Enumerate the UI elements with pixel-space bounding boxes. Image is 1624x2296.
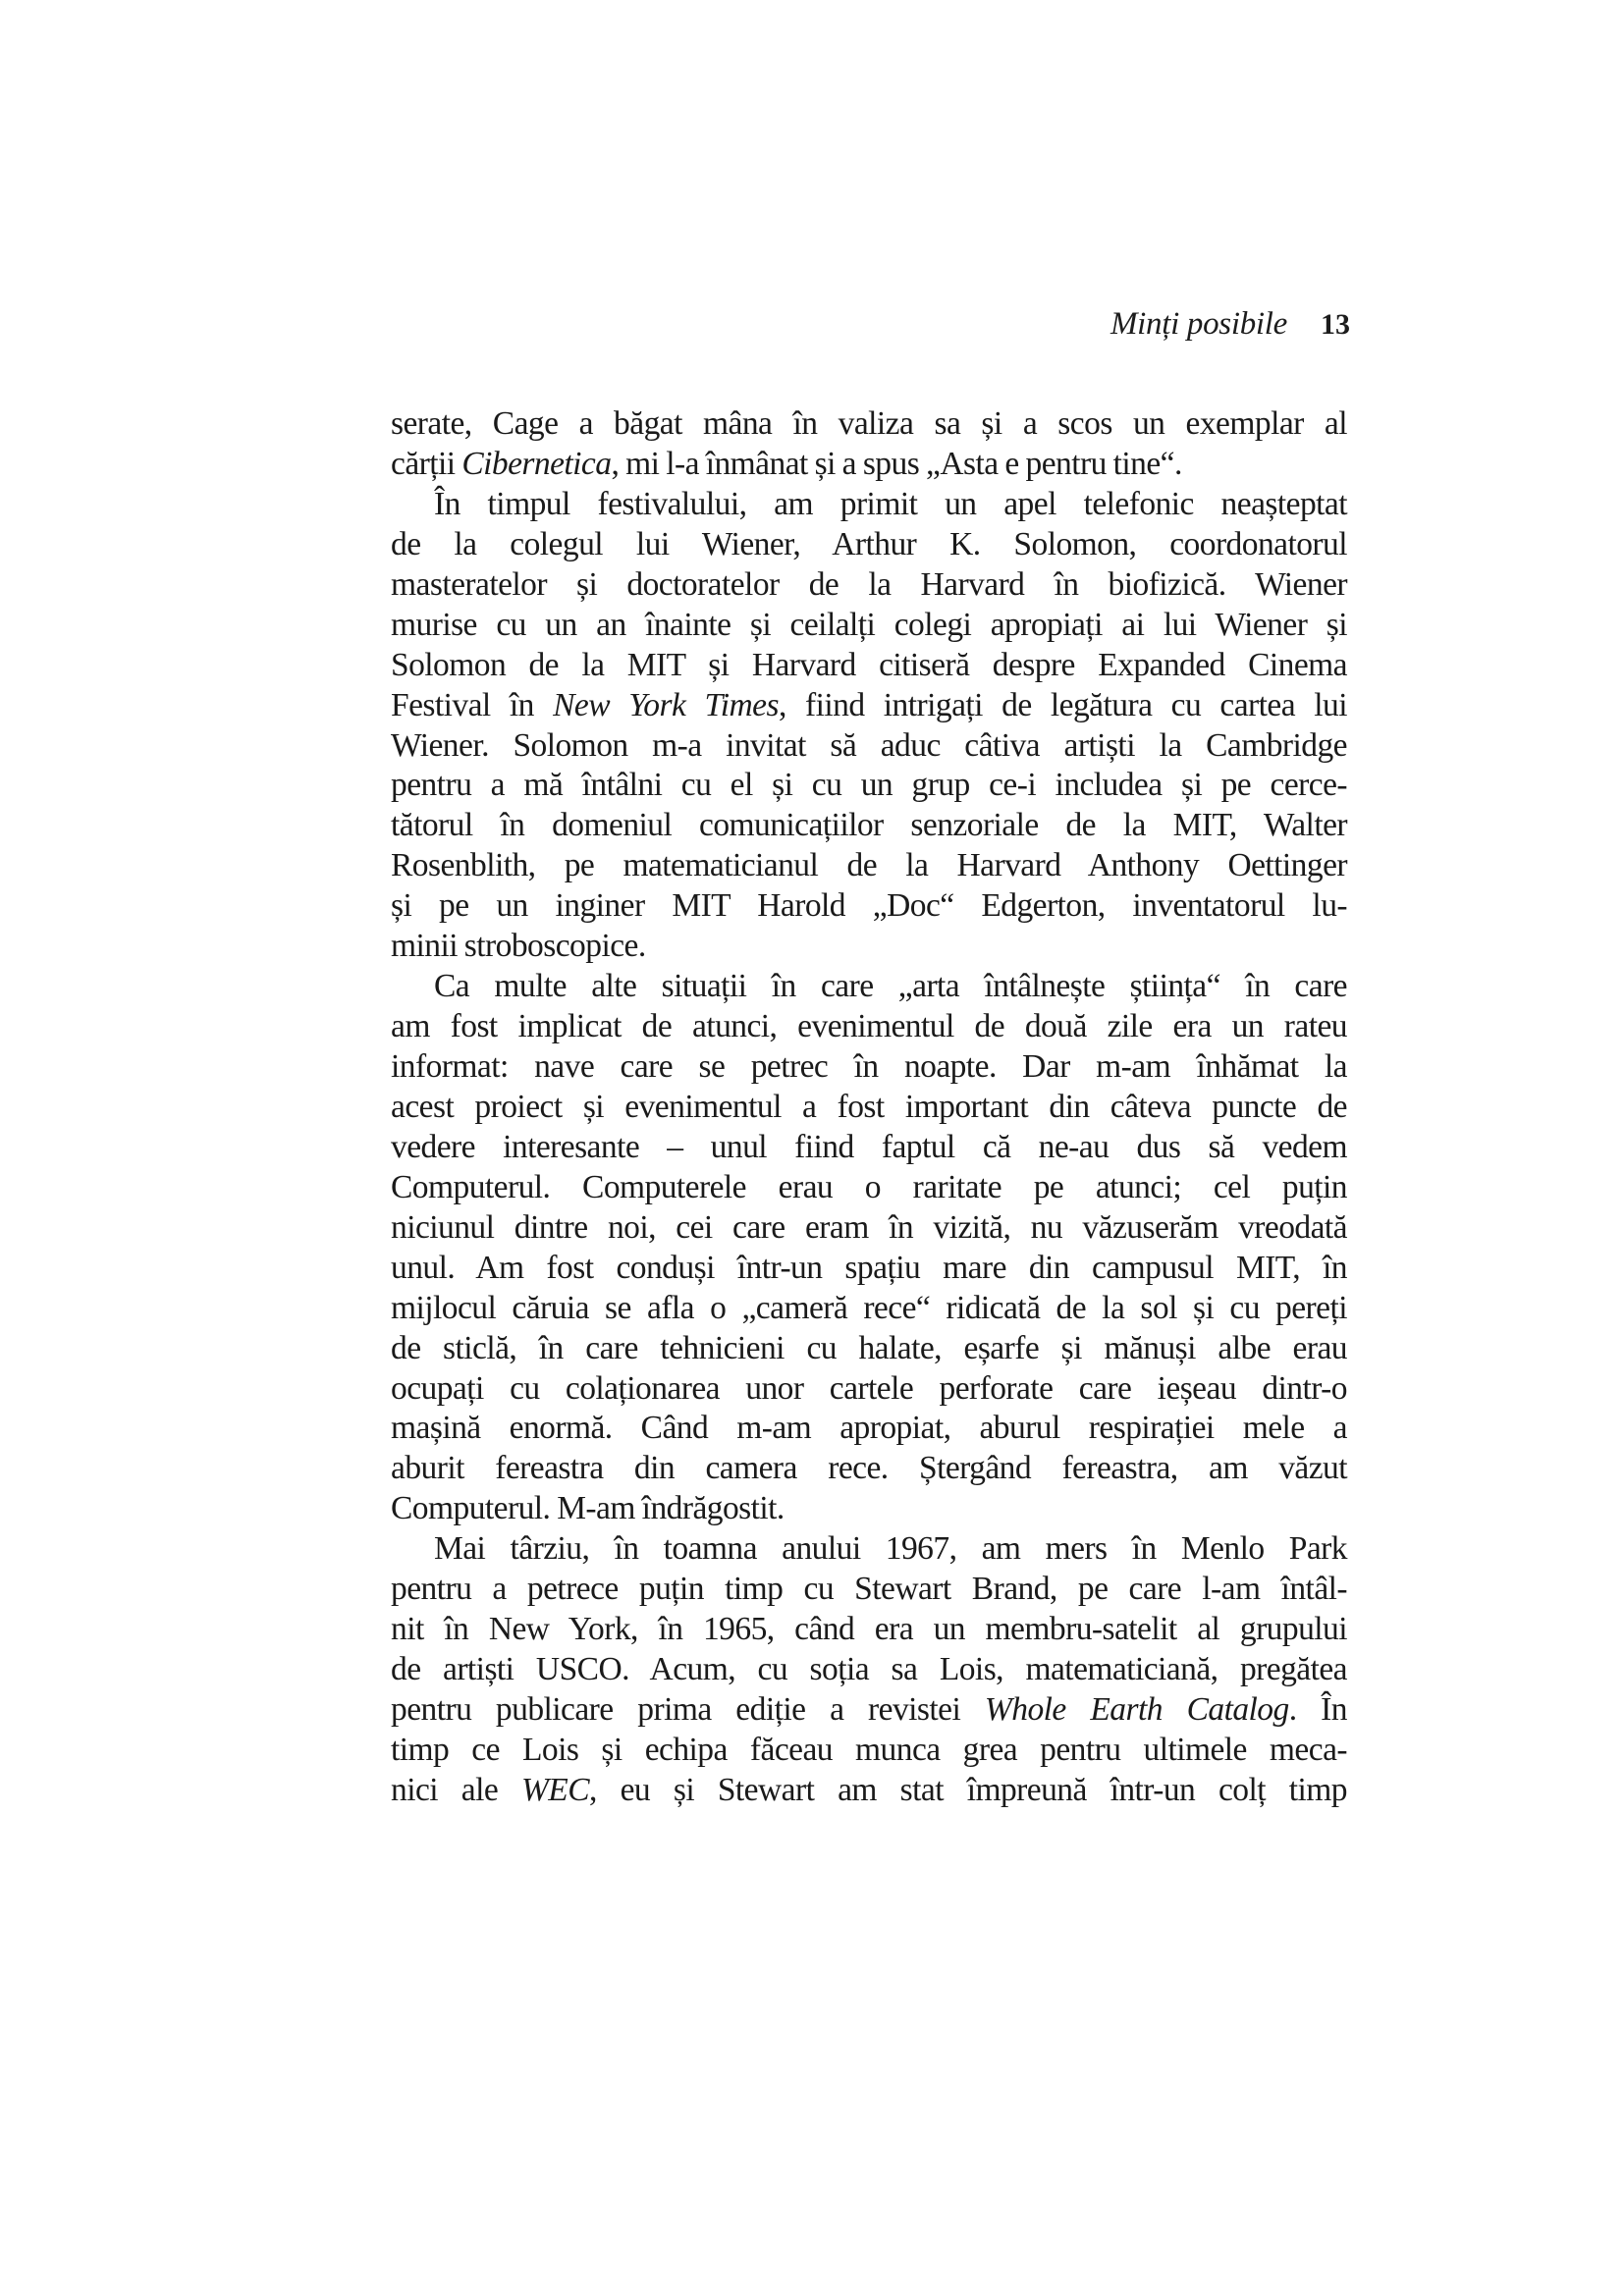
running-title: Minți posibile: [1110, 306, 1287, 343]
text-line: tătorul în domeniul comunicațiilor senzo…: [391, 806, 1347, 846]
text-run: Computerul. Computerele erau o raritate …: [391, 1169, 1347, 1205]
text-run: nici ale: [391, 1772, 521, 1808]
text-line: Computerul. M-am îndrăgostit.: [391, 1489, 1347, 1529]
text-line: și pe un inginer MIT Harold „Doc“ Edgert…: [391, 886, 1347, 927]
text-line: unul. Am fost conduși într-un spațiu mar…: [391, 1249, 1347, 1289]
text-run: Computerul. M-am îndrăgostit.: [391, 1490, 785, 1526]
text-run: masteratelor și doctoratelor de la Harva…: [391, 566, 1347, 603]
text-run: mașină enormă. Când m-am apropiat, aburu…: [391, 1410, 1347, 1446]
page-number: 13: [1321, 308, 1350, 342]
text-run: am fost implicat de atunci, evenimentul …: [391, 1008, 1347, 1044]
text-line: Festival în New York Times, fiind intrig…: [391, 686, 1347, 726]
text-run: mijlocul căruia se afla o „cameră rece“ …: [391, 1290, 1347, 1326]
body-text: serate, Cage a băgat mâna în valiza sa ș…: [391, 404, 1347, 1811]
text-line: de artiști USCO. Acum, cu soția sa Lois,…: [391, 1650, 1347, 1690]
text-line: nit în New York, în 1965, când era un me…: [391, 1610, 1347, 1650]
text-line: nici ale WEC, eu și Stewart am stat împr…: [391, 1771, 1347, 1811]
text-line: minii stroboscopice.: [391, 927, 1347, 967]
text-run: de sticlă, în care tehnicieni cu halate,…: [391, 1330, 1347, 1366]
text-run: Mai târziu, în toamna anului 1967, am me…: [434, 1530, 1347, 1567]
text-line: Computerul. Computerele erau o raritate …: [391, 1168, 1347, 1208]
text-line: serate, Cage a băgat mâna în valiza sa ș…: [391, 404, 1347, 445]
text-line: masteratelor și doctoratelor de la Harva…: [391, 565, 1347, 606]
text-run: de artiști USCO. Acum, cu soția sa Lois,…: [391, 1651, 1347, 1687]
running-head: Minți posibile 13: [1031, 306, 1350, 355]
text-line: Solomon de la MIT și Harvard citiseră de…: [391, 646, 1347, 686]
text-run: nit în New York, în 1965, când era un me…: [391, 1611, 1347, 1647]
text-run: unul. Am fost conduși într-un spațiu mar…: [391, 1250, 1347, 1286]
text-run: În timpul festivalului, am primit un ape…: [434, 486, 1347, 522]
text-line: pentru a mă întâlni cu el și cu un grup …: [391, 766, 1347, 806]
text-run: Festival în: [391, 687, 553, 723]
text-run: , mi l-a înmânat și a spus „Asta e pentr…: [611, 446, 1181, 482]
text-line: aburit fereastra din camera rece. Ștergâ…: [391, 1449, 1347, 1489]
text-line: Wiener. Solomon m-a invitat să aduc câti…: [391, 726, 1347, 767]
text-line: Ca multe alte situații în care „arta înt…: [391, 967, 1347, 1007]
text-run: pentru a mă întâlni cu el și cu un grup …: [391, 767, 1347, 803]
text-run: timp ce Lois și echipa făceau munca grea…: [391, 1732, 1347, 1768]
text-run: de la colegul lui Wiener, Arthur K. Solo…: [391, 526, 1347, 562]
italic-title: Cibernetica: [461, 446, 611, 482]
text-run: tătorul în domeniul comunicațiilor senzo…: [391, 807, 1347, 843]
text-run: informat: nave care se petrec în noapte.…: [391, 1048, 1347, 1085]
text-run: acest proiect și evenimentul a fost impo…: [391, 1089, 1347, 1125]
text-line: de sticlă, în care tehnicieni cu halate,…: [391, 1329, 1347, 1369]
italic-title: New York Times: [553, 687, 779, 723]
text-run: , eu și Stewart am stat împreună într-un…: [589, 1772, 1347, 1808]
text-run: Wiener. Solomon m-a invitat să aduc câti…: [391, 727, 1347, 764]
text-line: mașină enormă. Când m-am apropiat, aburu…: [391, 1409, 1347, 1449]
text-line: informat: nave care se petrec în noapte.…: [391, 1047, 1347, 1088]
text-run: . În: [1289, 1691, 1347, 1728]
text-line: În timpul festivalului, am primit un ape…: [391, 485, 1347, 525]
text-run: minii stroboscopice.: [391, 928, 646, 964]
text-line: pentru a petrece puțin timp cu Stewart B…: [391, 1570, 1347, 1610]
text-line: de la colegul lui Wiener, Arthur K. Solo…: [391, 525, 1347, 565]
text-line: murise cu un an înainte și ceilalți cole…: [391, 606, 1347, 646]
text-run: Ca multe alte situații în care „arta înt…: [434, 968, 1347, 1004]
italic-title: WEC: [521, 1772, 589, 1808]
text-line: cărții Cibernetica, mi l-a înmânat și a …: [391, 445, 1347, 485]
text-run: Rosenblith, pe matematicianul de la Harv…: [391, 847, 1347, 883]
text-run: cărții: [391, 446, 461, 482]
text-line: niciunul dintre noi, cei care eram în vi…: [391, 1208, 1347, 1249]
text-run: serate, Cage a băgat mâna în valiza sa ș…: [391, 405, 1347, 442]
text-run: pentru publicare prima ediție a revistei: [391, 1691, 985, 1728]
book-page: Minți posibile 13 serate, Cage a băgat m…: [0, 0, 1624, 2296]
text-run: vedere interesante – unul fiind faptul c…: [391, 1129, 1347, 1165]
text-run: aburit fereastra din camera rece. Ștergâ…: [391, 1450, 1347, 1486]
text-run: Solomon de la MIT și Harvard citiseră de…: [391, 647, 1347, 683]
text-line: ocupați cu colaționarea unor cartele per…: [391, 1369, 1347, 1410]
text-line: timp ce Lois și echipa făceau munca grea…: [391, 1731, 1347, 1771]
text-run: pentru a petrece puțin timp cu Stewart B…: [391, 1571, 1347, 1607]
text-line: Mai târziu, în toamna anului 1967, am me…: [391, 1529, 1347, 1570]
text-line: mijlocul căruia se afla o „cameră rece“ …: [391, 1289, 1347, 1329]
text-line: pentru publicare prima ediție a revistei…: [391, 1690, 1347, 1731]
text-run: ocupați cu colaționarea unor cartele per…: [391, 1370, 1347, 1407]
text-line: am fost implicat de atunci, evenimentul …: [391, 1007, 1347, 1047]
text-line: vedere interesante – unul fiind faptul c…: [391, 1128, 1347, 1168]
italic-title: Whole Earth Catalog: [985, 1691, 1289, 1728]
text-run: și pe un inginer MIT Harold „Doc“ Edgert…: [391, 887, 1347, 924]
text-run: niciunul dintre noi, cei care eram în vi…: [391, 1209, 1347, 1246]
text-line: Rosenblith, pe matematicianul de la Harv…: [391, 846, 1347, 886]
text-line: acest proiect și evenimentul a fost impo…: [391, 1088, 1347, 1128]
text-run: murise cu un an înainte și ceilalți cole…: [391, 607, 1347, 643]
text-run: , fiind intrigați de legătura cu cartea …: [779, 687, 1347, 723]
